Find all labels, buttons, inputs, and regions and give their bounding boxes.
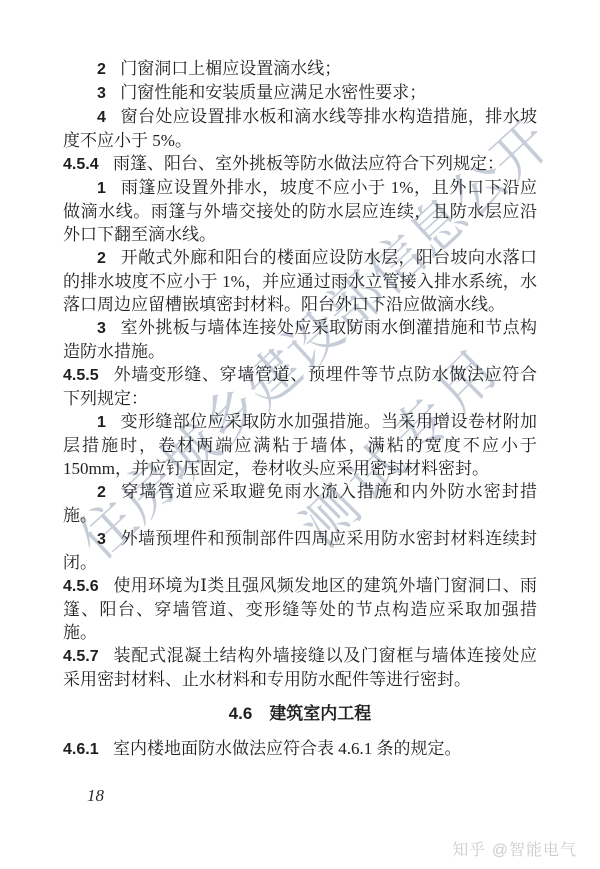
item-text: 门窗洞口上楣应设置滴水线； [120,59,341,78]
page-number: 18 [87,786,104,806]
item-text: 穿墙管道应采取避免雨水流入措施和内外防水密封措施。 [63,482,537,525]
clause-text: 雨篷、阳台、室外挑板等防水做法应符合下列规定： [113,154,504,173]
item-number: 1 [97,180,106,197]
item-text: 门窗性能和安装质量应满足水密性要求； [120,83,426,102]
document-page: 住房城乡建设部信息公开 测试专用 2门窗洞口上楣应设置滴水线； 3门窗性能和安装… [0,0,600,869]
clause-number: 4.5.7 [63,648,99,665]
item-number: 3 [97,531,106,548]
section-number: 4.6 [229,704,253,723]
section-heading: 4.6建筑室内工程 [63,702,537,725]
list-item-paragraph: 2门窗洞口上楣应设置滴水线； [63,57,537,81]
item-number: 2 [97,61,106,78]
clause-number: 4.5.4 [63,156,99,173]
clause-text: 装配式混凝土结构外墙接缝以及门窗框与墙体连接处应采用密封材料、止水材料和专用防水… [63,646,537,689]
footer-credit-watermark: 知乎 @智能电气 [452,837,577,860]
clause-paragraph: 4.5.4雨篷、阳台、室外挑板等防水做法应符合下列规定： [63,152,537,176]
list-item-paragraph: 2开敞式外廊和阳台的楼面应设防水层，阳台坡向水落口的排水坡度不应小于 1%，并应… [63,246,537,316]
item-number: 3 [97,85,106,102]
clause-number: 4.6.1 [63,741,99,758]
item-text: 室外挑板与墙体连接处应采取防雨水倒灌措施和节点构造防水措施。 [63,318,537,361]
clause-number: 4.5.5 [63,367,99,384]
item-text: 开敞式外廊和阳台的楼面应设防水层，阳台坡向水落口的排水坡度不应小于 1%，并应通… [63,248,537,314]
item-text: 窗台处应设置排水板和滴水线等排水构造措施，排水坡度不应小于 5%。 [63,107,537,150]
item-text: 变形缝部位应采取防水加强措施。当采用增设卷材附加层措施时，卷材两端应满粘于墙体，… [63,412,537,478]
list-item-paragraph: 3外墙预埋件和预制部件四周应采用防水密封材料连续封闭。 [63,527,537,574]
document-body: 2门窗洞口上楣应设置滴水线； 3门窗性能和安装质量应满足水密性要求； 4窗台处应… [63,57,537,761]
clause-number: 4.5.6 [63,578,99,595]
clause-text: 室内楼地面防水做法应符合表 4.6.1 条的规定。 [113,739,462,758]
item-number: 1 [97,414,106,431]
list-item-paragraph: 4窗台处应设置排水板和滴水线等排水构造措施，排水坡度不应小于 5%。 [63,105,537,152]
clause-paragraph: 4.5.5外墙变形缝、穿墙管道、预埋件等节点防水做法应符合下列规定： [63,363,537,410]
list-item-paragraph: 3门窗性能和安装质量应满足水密性要求； [63,81,537,105]
clause-text: 外墙变形缝、穿墙管道、预埋件等节点防水做法应符合下列规定： [63,365,537,408]
clause-text: 使用环境为Ⅰ类且强风频发地区的建筑外墙门窗洞口、雨篷、阳台、穿墙管道、变形缝等处… [63,576,537,642]
item-number: 3 [97,320,106,337]
list-item-paragraph: 2穿墙管道应采取避免雨水流入措施和内外防水密封措施。 [63,480,537,527]
item-text: 外墙预埋件和预制部件四周应采用防水密封材料连续封闭。 [63,529,537,572]
section-title: 建筑室内工程 [269,704,371,723]
item-number: 2 [97,250,106,267]
clause-paragraph: 4.5.6使用环境为Ⅰ类且强风频发地区的建筑外墙门窗洞口、雨篷、阳台、穿墙管道、… [63,574,537,644]
item-number: 4 [97,109,106,126]
clause-paragraph: 4.5.7装配式混凝土结构外墙接缝以及门窗框与墙体连接处应采用密封材料、止水材料… [63,644,537,691]
list-item-paragraph: 1雨篷应设置外排水，坡度不应小于 1%，且外口下沿应做滴水线。雨篷与外墙交接处的… [63,176,537,246]
item-number: 2 [97,484,106,501]
item-text: 雨篷应设置外排水，坡度不应小于 1%，且外口下沿应做滴水线。雨篷与外墙交接处的防… [63,178,537,244]
clause-paragraph: 4.6.1室内楼地面防水做法应符合表 4.6.1 条的规定。 [63,737,537,761]
list-item-paragraph: 1变形缝部位应采取防水加强措施。当采用增设卷材附加层措施时，卷材两端应满粘于墙体… [63,410,537,480]
list-item-paragraph: 3室外挑板与墙体连接处应采取防雨水倒灌措施和节点构造防水措施。 [63,316,537,363]
